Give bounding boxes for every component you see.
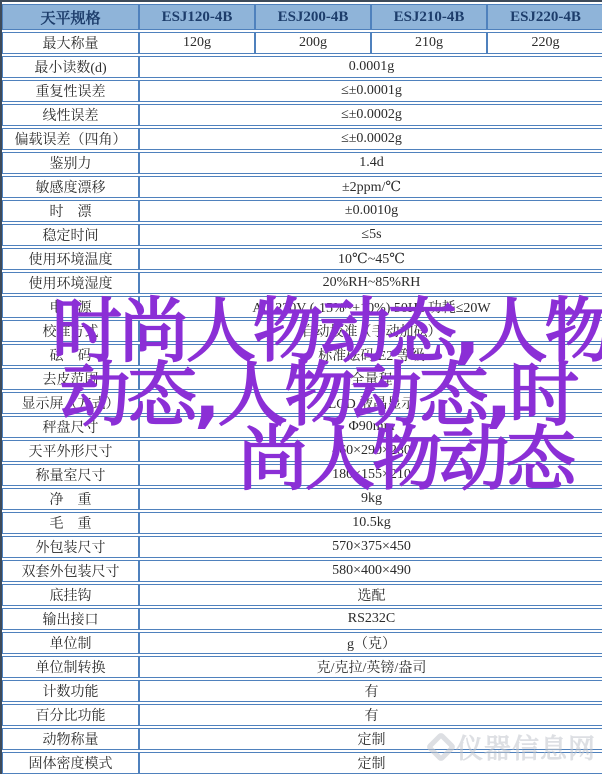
spec-value-cell: 580×400×490 — [139, 560, 602, 582]
spec-label-cell: 最大称量 — [2, 32, 139, 54]
spec-label-cell: 单位制转换 — [2, 656, 139, 678]
spec-label-cell: 单位制 — [2, 632, 139, 654]
spec-value-cell: 有 — [139, 680, 602, 702]
spec-label-cell: 使用环境温度 — [2, 248, 139, 270]
spec-value-cell: ±2ppm/℃ — [139, 176, 602, 198]
spec-corner-header-cell: 天平规格 — [2, 4, 139, 30]
spec-label-cell: 重复性误差 — [2, 80, 139, 102]
spec-value-cell: ≤±0.0002g — [139, 104, 602, 126]
spec-label-cell: 百分比功能 — [2, 704, 139, 726]
table-row: 鉴别力1.4d — [2, 152, 602, 174]
spec-label-cell: 动物称量 — [2, 728, 139, 750]
spec-label-cell: 时 漂 — [2, 200, 139, 222]
table-row: 单位制转换克/克拉/英镑/盎司 — [2, 656, 602, 678]
spec-label-cell: 鉴别力 — [2, 152, 139, 174]
spec-label-cell: 计数功能 — [2, 680, 139, 702]
spec-value-cell: 200g — [255, 32, 371, 54]
table-row: 使用环境温度10℃~45℃ — [2, 248, 602, 270]
spec-value-cell: 选配 — [139, 584, 602, 606]
spec-label-cell: 最小读数(d) — [2, 56, 139, 78]
spec-value-cell: 克/克拉/英镑/盎司 — [139, 656, 602, 678]
model-header-cell: ESJ200-4B — [255, 4, 371, 30]
spec-value-cell: 0.0001g — [139, 56, 602, 78]
spec-label-cell: 毛 重 — [2, 512, 139, 534]
table-row: 最小读数(d)0.0001g — [2, 56, 602, 78]
spec-value-cell: 有 — [139, 704, 602, 726]
spec-value-cell: 570×375×450 — [139, 536, 602, 558]
purple-watermark-line-3: 尚人物动态 — [238, 424, 573, 494]
spec-label-cell: 底挂钩 — [2, 584, 139, 606]
spec-label-cell: 固体密度模式 — [2, 752, 139, 774]
spec-value-cell: 120g — [139, 32, 255, 54]
table-row: 输出接口RS232C — [2, 608, 602, 630]
table-row: 双套外包装尺寸580×400×490 — [2, 560, 602, 582]
table-row: 偏载误差（四角）≤±0.0002g — [2, 128, 602, 150]
spec-value-cell: ≤±0.0002g — [139, 128, 602, 150]
spec-value-cell: 10.5kg — [139, 512, 602, 534]
spec-label-cell: 敏感度漂移 — [2, 176, 139, 198]
spec-label-cell: 线性误差 — [2, 104, 139, 126]
spec-label-cell: 偏载误差（四角） — [2, 128, 139, 150]
spec-label-cell: 外包装尺寸 — [2, 536, 139, 558]
spec-value-cell: RS232C — [139, 608, 602, 630]
spec-sheet-page: 天平规格ESJ120-4BESJ200-4BESJ210-4BESJ220-4B… — [0, 0, 602, 774]
table-row: 稳定时间≤5s — [2, 224, 602, 246]
spec-label-cell: 稳定时间 — [2, 224, 139, 246]
table-row: 线性误差≤±0.0002g — [2, 104, 602, 126]
spec-value-cell: ±0.0010g — [139, 200, 602, 222]
table-row: 毛 重10.5kg — [2, 512, 602, 534]
table-row: 外包装尺寸570×375×450 — [2, 536, 602, 558]
table-row: 时 漂±0.0010g — [2, 200, 602, 222]
spec-label-cell: 输出接口 — [2, 608, 139, 630]
header-row: 天平规格ESJ120-4BESJ200-4BESJ210-4BESJ220-4B — [2, 4, 602, 30]
spec-value-cell: 210g — [371, 32, 487, 54]
spec-label-cell: 称量室尺寸 — [2, 464, 139, 486]
table-row: 最大称量120g200g210g220g — [2, 32, 602, 54]
table-row: 单位制g（克） — [2, 632, 602, 654]
site-logo-icon — [425, 731, 456, 762]
spec-value-cell: 220g — [487, 32, 602, 54]
table-row: 底挂钩选配 — [2, 584, 602, 606]
spec-label-cell: 净 重 — [2, 488, 139, 510]
model-header-cell: ESJ220-4B — [487, 4, 602, 30]
spec-value-cell: 10℃~45℃ — [139, 248, 602, 270]
spec-value-cell: ≤5s — [139, 224, 602, 246]
spec-value-cell: ≤±0.0001g — [139, 80, 602, 102]
spec-label-cell: 天平外形尺寸 — [2, 440, 139, 462]
table-row: 重复性误差≤±0.0001g — [2, 80, 602, 102]
spec-table-header: 天平规格ESJ120-4BESJ200-4BESJ210-4BESJ220-4B — [2, 4, 602, 30]
model-header-cell: ESJ210-4B — [371, 4, 487, 30]
model-header-cell: ESJ120-4B — [139, 4, 255, 30]
site-watermark: 仪器信息网 — [430, 727, 596, 766]
spec-label-cell: 双套外包装尺寸 — [2, 560, 139, 582]
table-row: 百分比功能有 — [2, 704, 602, 726]
table-row: 计数功能有 — [2, 680, 602, 702]
table-row: 敏感度漂移±2ppm/℃ — [2, 176, 602, 198]
spec-value-cell: g（克） — [139, 632, 602, 654]
spec-value-cell: 1.4d — [139, 152, 602, 174]
site-watermark-label: 仪器信息网 — [456, 727, 596, 766]
